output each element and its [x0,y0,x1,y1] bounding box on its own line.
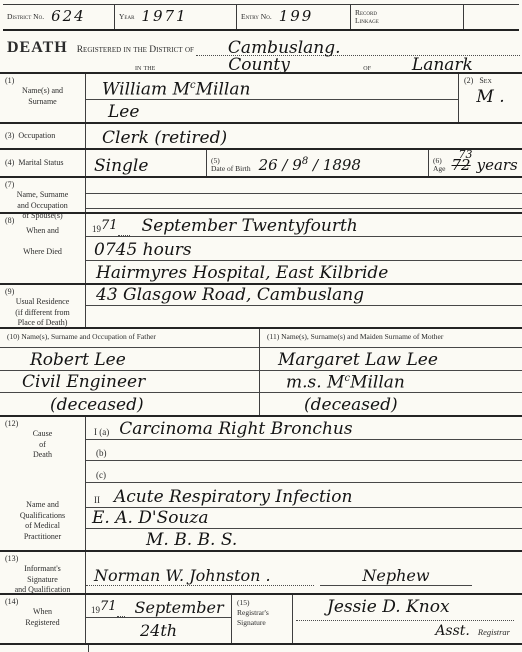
informant-value-area: Norman W. Johnston . Nephew [86,552,522,593]
mother-maiden-surname: m.s. McMillan [286,374,405,393]
registrar-signature-cell: Jessie D. Knox Asst. Registrar [293,595,522,643]
registered-in-district-label: Registered in the District of [77,45,194,56]
entry-number-label: Entry No. [241,13,272,21]
spouse-blank-line2 [86,194,522,209]
informant-qualification-line: Nephew [320,562,472,586]
occupation-label: (3) Occupation [0,124,86,148]
father-name: Robert Lee [30,352,126,370]
row-parents: (10) Name(s), Surname and Occupation of … [0,327,522,415]
header-strip: District No. 624 Year 1971 Entry No. 199… [3,4,519,31]
age-label: (6) Age [433,157,446,174]
father-occupation-line: Civil Engineer [0,371,259,393]
mother-header: (11) Name(s), Surname(s) and Maiden Surn… [260,329,522,348]
marital-label: (4) Marital Status [0,150,86,176]
cause-label-column: (12) Cause of Death Name and Qualificati… [0,417,86,550]
title-line-district: DEATH Registered in the District of Camb… [7,35,520,56]
cause-value-area: I (a) Carcinoma Right Bronchus (b) (c) I… [86,417,522,550]
dob-cell: (5) Date of Birth 26 / 98 / 1898 [206,150,428,176]
sex-cell: (2) Sex M . [458,74,522,122]
residence-line: 43 Glasgow Road, Cambuslang [86,285,522,306]
registrar-signature: Jessie D. Knox [327,599,450,617]
father-name-line: Robert Lee [0,348,259,371]
registration-day: 24th [140,623,177,640]
cause-c-line: (c) [86,461,522,483]
father-status: (deceased) [50,397,144,415]
row-occupation: (3) Occupation Clerk (retired) [0,122,522,148]
marital-value-cell: Single [86,150,206,176]
medical-practitioner-label: Name and Qualifications of Medical Pract… [0,500,85,550]
entry-number-cell: Entry No. 199 [237,5,351,29]
title-line-county: in the County of Lanark [2,58,520,73]
year-cell: Year 1971 [115,5,237,29]
died-date-line: 19 71 September Twentyfourth [86,214,522,237]
district-number-label: District No. [7,13,44,21]
row-informant: (13) Informant's Signature and Qualifica… [0,550,522,593]
registration-date-line2: 24th [86,618,231,643]
registrar-printed: Registrar [478,627,510,637]
residence-value-area: 43 Glasgow Road, Cambuslang [86,285,522,327]
residence-value: 43 Glasgow Road, Cambuslang [96,287,364,305]
row-cause-of-death: (12) Cause of Death Name and Qualificati… [0,415,522,550]
cause-b-label: (b) [96,448,107,460]
died-value-area: 19 71 September Twentyfourth 0745 hours … [86,214,522,283]
age-value: 72 73 [452,158,471,174]
registration-month: September [135,600,224,617]
informant-signature: Norman W. Johnston . [94,568,271,585]
cause-ia-value: Carcinoma Right Bronchus [119,421,352,439]
entry-number-value: 199 [279,9,314,25]
died-year-printed: 19 [92,224,101,236]
died-place-line: Hairmyres Hospital, East Kilbride [86,261,522,283]
informant-signature-line: Norman W. Johnston . [86,562,314,586]
died-date-value: September Twentyfourth [142,218,358,236]
spouse-blank-line1 [86,178,522,194]
cause-ia-line: I (a) Carcinoma Right Bronchus [86,417,522,440]
name-label: (1) Name(s) and Surname [0,74,86,122]
occupation-value: Clerk (retired) [102,130,227,148]
district-number-cell: District No. 624 [3,5,115,29]
dob-value: 26 / 98 / 1898 [259,157,361,174]
practitioner-qualifications: M. B. B. S. [146,532,237,550]
cause-ii-value: Acute Respiratory Infection [114,489,352,507]
age-cell: (6) Age 72 73 years [428,150,522,176]
mother-status-line: (deceased) [260,393,522,415]
occupation-value-area: Clerk (retired) [86,124,522,148]
district-number-value: 624 [51,9,86,25]
practitioner-quals-line: M. B. B. S. [86,529,522,550]
year-label: Year [119,13,134,21]
mother-maiden-line: m.s. McMillan [260,371,522,393]
died-label: (8) When and Where Died [0,214,86,283]
cause-b-line: (b) [86,440,522,461]
row-marital-dob-age: (4) Marital Status Single (5) Date of Bi… [0,148,522,176]
when-registered-label: (14) When Registered [0,595,86,643]
year-value: 1971 [141,9,187,25]
informant-qualification: Nephew [362,568,429,585]
row-registration: (14) When Registered 19 71 September 24t… [0,593,522,645]
registration-year-written: 71 [100,600,117,614]
registration-year-printed: 19 [91,605,100,617]
row-spouse: (7) Name, Surname and Occupation of Spou… [0,176,522,212]
age-correction: 73 [459,149,473,161]
registrar-role: Asst. Registrar [435,624,510,639]
father-occupation: Civil Engineer [22,374,145,392]
dob-label: (5) Date of Birth [211,157,251,174]
father-column: (10) Name(s), Surname and Occupation of … [0,329,260,415]
row-name-sex: (1) Name(s) and Surname William McMillan… [0,72,522,122]
sex-value: M . [459,89,522,107]
record-linkage-label: Record Linkage [355,9,379,26]
death-heading: DEATH [7,40,68,56]
registrar-asst: Asst. [435,624,470,639]
cause-of-death-label: (12) Cause of Death [0,419,85,461]
cause-ia-label: I (a) [94,427,109,439]
practitioner-name: E. A. D'Souza [92,510,209,528]
name-value-area: William McMillan Lee [86,74,458,122]
died-place-value: Hairmyres Hospital, East Kilbride [96,265,388,283]
name-line2: Lee [86,100,458,122]
registration-date-line1: 19 71 September [86,595,231,618]
cause-ii-line: II Acute Respiratory Infection [86,483,522,508]
row-usual-residence: (9) Usual Residence (if different from P… [0,283,522,327]
mother-column: (11) Name(s), Surname(s) and Maiden Surn… [260,329,522,415]
row-when-where-died: (8) When and Where Died 19 71 September … [0,212,522,283]
mother-name: Margaret Law Lee [278,352,438,370]
marital-value: Single [94,158,148,176]
died-time-line: 0745 hours [86,237,522,261]
name-line1: William McMillan [86,74,458,100]
label-column-divider-stub [88,645,89,652]
cause-c-label: (c) [96,470,106,482]
death-certificate: District No. 624 Year 1971 Entry No. 199… [0,0,522,652]
cause-ii-label: II [94,495,100,507]
record-linkage-cell: Record Linkage [351,5,464,29]
residence-label: (9) Usual Residence (if different from P… [0,285,86,327]
died-time-value: 0745 hours [94,242,192,260]
mother-name-line: Margaret Law Lee [260,348,522,371]
sex-label: (2) Sex [459,76,522,85]
died-year-written: 71 [101,219,118,233]
registration-date-cell: 19 71 September 24th [86,595,231,643]
registrar-signature-label: (15) Registrar's Signature [231,595,293,643]
father-status-line: (deceased) [0,393,259,415]
age-suffix: years [477,158,518,174]
practitioner-name-line: E. A. D'Souza [86,508,522,529]
header-spacer [464,5,519,29]
spouse-label: (7) Name, Surname and Occupation of Spou… [0,178,86,212]
informant-label: (13) Informant's Signature and Qualifica… [0,552,86,593]
mother-status: (deceased) [304,397,398,415]
father-header: (10) Name(s), Surname and Occupation of … [0,329,259,348]
spouse-value-area [86,178,522,212]
